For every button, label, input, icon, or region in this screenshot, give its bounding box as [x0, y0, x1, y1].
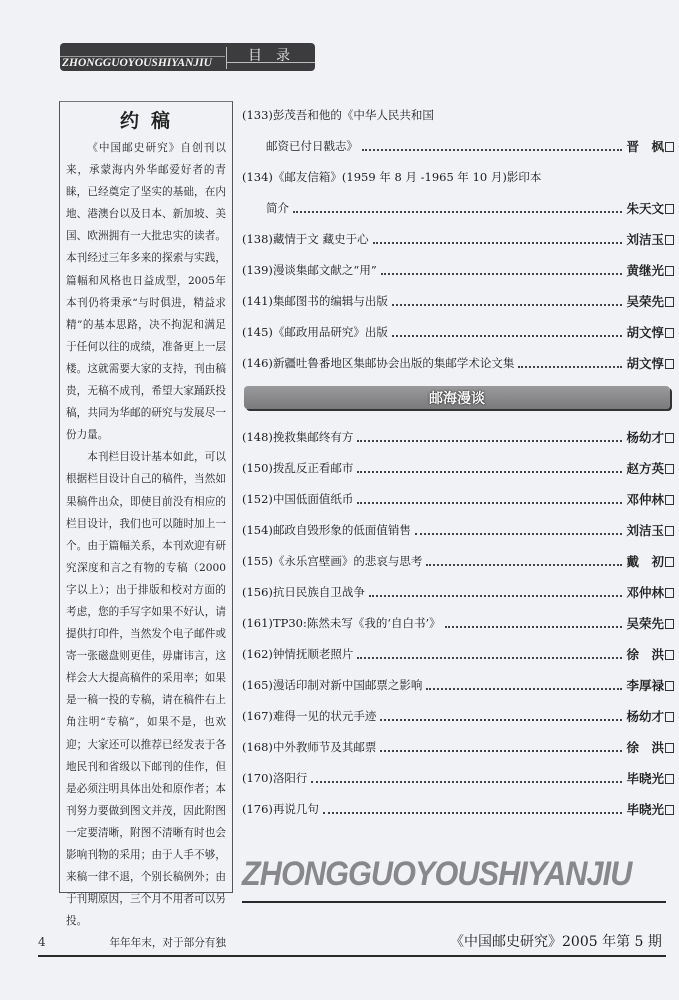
toc-entry-title: (165)漫话印制对新中国邮票之影响 [242, 670, 422, 701]
toc-entry[interactable]: (165)漫话印制对新中国邮票之影响李厚禄 [242, 670, 674, 701]
toc-entry-title: (146)新疆吐鲁番地区集邮协会出版的集邮学术论文集 [242, 348, 514, 379]
toc-entry-author: 邓仲林 [626, 577, 664, 608]
toc-entry-title: (170)洛阳行 [242, 763, 307, 794]
end-mark-icon [665, 526, 674, 536]
end-mark-icon [665, 774, 674, 784]
toc-entry-title: (156)抗日民族自卫战争 [242, 577, 365, 608]
toc-entry[interactable]: (176)再说几句毕晓光 [242, 794, 674, 825]
toc-entry-author: 杨幼才 [626, 701, 664, 732]
leader-dots [426, 688, 622, 690]
end-mark-icon [665, 464, 674, 474]
toc-entry[interactable]: (156)抗日民族自卫战争邓仲林 [242, 577, 674, 608]
toc-entry-title: (141)集邮图书的编辑与出版 [242, 286, 388, 317]
toc-entry-title: (154)邮政自毁形象的低面值销售 [242, 515, 411, 546]
toc-entry-title-cont: 邮资已付日戳志》 [242, 131, 358, 162]
journal-issue: 《中国邮史研究》2005 年第 5 期 [450, 931, 662, 951]
leader-dots [518, 366, 622, 368]
toc-entry-author: 晋 枫 [626, 131, 664, 162]
leader-dots [426, 564, 622, 566]
leader-dots [311, 781, 622, 783]
notice-paragraph: 本刊栏目设计基本如此，可以根据栏目设计自己的稿件，当然如果稿件出众，即使目前没有… [66, 446, 226, 932]
end-mark-icon [665, 266, 674, 276]
toc-entry-author: 赵方英 [626, 453, 664, 484]
leader-dots [357, 440, 622, 442]
toc-entry-title: (134)《邮友信箱》(1959 年 8 月 -1965 年 10 月)影印本 [242, 162, 541, 193]
toc-entry[interactable]: (148)挽救集邮终有方杨幼才 [242, 422, 674, 453]
toc-entry[interactable]: (145)《邮政用品研究》出版 胡文惇 [242, 317, 674, 348]
header-latin-title: ZHONGGUOYOUSHIYANJIU [62, 57, 212, 69]
end-mark-icon [665, 328, 674, 338]
toc-entry-author: 胡文惇 [626, 317, 664, 348]
toc-entry-title: (152)中国低面值纸币 [242, 484, 353, 515]
leader-dots [380, 750, 622, 752]
section-title: 邮海漫谈 [244, 388, 670, 408]
leader-dots [357, 657, 622, 659]
end-mark-icon [665, 142, 674, 152]
toc-entry[interactable]: (154)邮政自毁形象的低面值销售刘洁玉 [242, 515, 674, 546]
toc-entry-title: (133)彭茂吾和他的《中华人民共和国 [242, 100, 434, 131]
page-number: 4 [38, 935, 46, 949]
toc-entry[interactable]: (133)彭茂吾和他的《中华人民共和国 [242, 100, 674, 131]
toc-entry-author: 刘洁玉 [626, 224, 664, 255]
toc-entry-title: (162)钟情抚顺老照片 [242, 639, 353, 670]
toc-entry-title: (155)《永乐宫壁画》的悲哀与思考 [242, 546, 422, 577]
toc-section-1: (133)彭茂吾和他的《中华人民共和国 邮资已付日戳志》 晋 枫 (134)《邮… [242, 100, 674, 379]
leader-dots [362, 149, 622, 151]
leader-dots [373, 242, 623, 244]
toc-entry[interactable]: (150)拨乱反正看邮市赵方英 [242, 453, 674, 484]
toc-entry[interactable]: (155)《永乐宫壁画》的悲哀与思考戴 初 [242, 546, 674, 577]
toc-entry[interactable]: (170)洛阳行毕晓光 [242, 763, 674, 794]
leader-dots [415, 533, 623, 535]
toc-entry-author: 胡文惇 [626, 348, 664, 379]
toc-entry-author: 黄继光 [626, 255, 664, 286]
end-mark-icon [665, 712, 674, 722]
leader-dots [357, 471, 622, 473]
leader-dots [392, 304, 623, 306]
toc-entry-author: 李厚禄 [626, 670, 664, 701]
toc-entry-author: 毕晓光 [626, 794, 664, 825]
end-mark-icon [665, 743, 674, 753]
leader-dots [357, 502, 622, 504]
journal-logo: ZHONGGUOYOUSHIYANJIU [242, 855, 631, 894]
toc-entry[interactable]: (138)藏情于文 藏史于心 刘洁玉 [242, 224, 674, 255]
footer-rule [38, 955, 666, 957]
call-for-papers-box: 约稿 《中国邮史研究》自创刊以来，承蒙海内外华邮爱好者的青睐，已经奠定了坚实的基… [59, 101, 233, 893]
notice-paragraph: 《中国邮史研究》自创刊以来，承蒙海内外华邮爱好者的青睐，已经奠定了坚实的基础，在… [66, 137, 226, 446]
call-for-papers-title: 约稿 [76, 106, 226, 133]
toc-entry-author: 杨幼才 [626, 422, 664, 453]
end-mark-icon [665, 235, 674, 245]
toc-entry[interactable]: (152)中国低面值纸币邓仲林 [242, 484, 674, 515]
toc-entry[interactable]: (167)难得一见的状元手迹杨幼才 [242, 701, 674, 732]
end-mark-icon [665, 433, 674, 443]
toc-entry-author: 刘洁玉 [626, 515, 664, 546]
leader-dots [392, 335, 623, 337]
toc-entry-author: 戴 初 [626, 546, 664, 577]
toc-entry-title: (161)TP30:陈然未写《我的‘自白书’》 [242, 608, 441, 639]
toc-entry[interactable]: (139)漫谈集邮文献之“用” 黄继光 [242, 255, 674, 286]
toc-entry[interactable]: (162)钟情抚顺老照片徐 洪 [242, 639, 674, 670]
toc-entry[interactable]: (146)新疆吐鲁番地区集邮协会出版的集邮学术论文集 胡文惇 [242, 348, 674, 379]
toc-entry-title: (139)漫谈集邮文献之“用” [242, 255, 377, 286]
end-mark-icon [665, 650, 674, 660]
leader-dots [369, 595, 623, 597]
toc-entry-title: (148)挽救集邮终有方 [242, 422, 353, 453]
toc-entry-title: (138)藏情于文 藏史于心 [242, 224, 369, 255]
toc-entry-title: (150)拨乱反正看邮市 [242, 453, 353, 484]
toc-entry-author: 朱天文 [626, 193, 664, 224]
toc-entry-author: 吴荣先 [626, 608, 664, 639]
toc-entry-continuation[interactable]: 邮资已付日戳志》 晋 枫 [242, 131, 674, 162]
leader-dots [381, 273, 623, 275]
leader-dots [323, 812, 623, 814]
contents-heading: 目录 [248, 45, 304, 65]
leader-dots [445, 626, 623, 628]
toc-entry[interactable]: (134)《邮友信箱》(1959 年 8 月 -1965 年 10 月)影印本 [242, 162, 674, 193]
toc-entry-title-cont: 简介 [242, 193, 289, 224]
end-mark-icon [665, 297, 674, 307]
end-mark-icon [665, 805, 674, 815]
toc-entry-author: 邓仲林 [626, 484, 664, 515]
toc-entry-title: (145)《邮政用品研究》出版 [242, 317, 388, 348]
toc-entry[interactable]: (161)TP30:陈然未写《我的‘自白书’》吴荣先 [242, 608, 674, 639]
end-mark-icon [665, 495, 674, 505]
section-header-bar: 邮海漫谈 [244, 386, 670, 409]
toc-entry-author: 徐 洪 [626, 639, 664, 670]
toc-section-2: (148)挽救集邮终有方杨幼才 (150)拨乱反正看邮市赵方英 (152)中国低… [242, 422, 674, 825]
end-mark-icon [665, 588, 674, 598]
header-separator [226, 47, 227, 69]
toc-entry[interactable]: (168)中外教师节及其邮票徐 洪 [242, 732, 674, 763]
logo-underline [242, 901, 666, 903]
toc-entry-author: 毕晓光 [626, 763, 664, 794]
toc-entry-title: (168)中外教师节及其邮票 [242, 732, 376, 763]
end-mark-icon [665, 359, 674, 369]
toc-entry-continuation[interactable]: 简介 朱天文 [242, 193, 674, 224]
end-mark-icon [665, 681, 674, 691]
notice-paragraph: 年年年末，对于部分有独 [66, 932, 226, 954]
end-mark-icon [665, 619, 674, 629]
toc-entry[interactable]: (141)集邮图书的编辑与出版 吴荣先 [242, 286, 674, 317]
end-mark-icon [665, 557, 674, 567]
end-mark-icon [665, 204, 674, 214]
toc-entry-title: (176)再说几句 [242, 794, 319, 825]
toc-entry-author: 吴荣先 [626, 286, 664, 317]
leader-dots [380, 719, 622, 721]
toc-entry-title: (167)难得一见的状元手迹 [242, 701, 376, 732]
toc-entry-author: 徐 洪 [626, 732, 664, 763]
leader-dots [293, 211, 622, 213]
